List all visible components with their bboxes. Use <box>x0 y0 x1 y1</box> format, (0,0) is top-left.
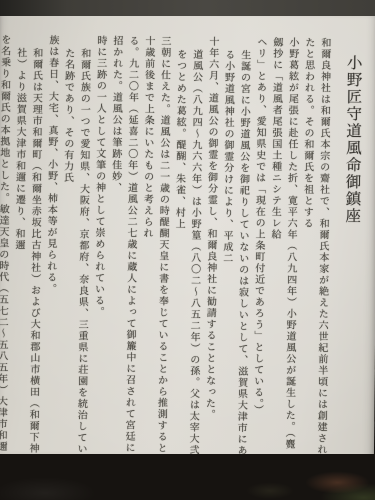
sign-body-text: 和爾良神社は和爾氏本宗の齋社で、和爾氏本家が絶えた六世紀前半頃には創建されたと思… <box>3 34 332 461</box>
text-column: 和爾氏族の一つで愛知県、大阪府、京都府、奈良県、三重県に荘園を統治していた名跡で… <box>56 35 92 459</box>
text-column: 生誕の宮に小野道風公を御祀りしていないのは寂しいとして、滋賀県大津市にある小野道… <box>216 36 252 460</box>
text-column: 三朝に仕えた。道風公は二一歳の時醍醐天皇に書を奉じていることから推測すると十歳前… <box>136 36 172 460</box>
photo-of-sign: 小野匠守道風命御鎮座 和爾良神社は和爾氏本宗の齋社で、和爾氏本家が絶えた六世紀前… <box>0 0 375 500</box>
text-column: 和爾氏は天理市和爾町（和爾坐赤坂比古神社）および大和郡山市横田（和爾下神社）より… <box>8 34 44 458</box>
text-column: 小野葛絃が尾張に赴任した折、寛平六年（八九四年）小野道風公が誕生した。（麑劔抄に… <box>264 37 300 461</box>
sign-board: 小野匠守道風命御鎮座 和爾良神社は和爾氏本宗の齋社で、和爾氏本家が絶えた六世紀前… <box>0 7 375 471</box>
text-column: 道風公（八九四～九六六年）は小野篁（八〇二～八五二年）の孫。父は太宰大弐をつとめ… <box>168 36 204 460</box>
text-column: 和爾良神社は和爾氏本宗の齋社で、和爾氏本家が絶えた六世紀前半頃には創建されたと思… <box>296 37 332 461</box>
sign-title: 小野匠守道風命御鎮座 <box>341 54 365 224</box>
text-column: る。九二〇年（延喜二〇年）道風公二七歳に蔵人によって御簾中に召されて宮廷に招かれ… <box>104 35 140 459</box>
background-top-strip <box>0 0 375 16</box>
background-ground <box>0 454 375 500</box>
